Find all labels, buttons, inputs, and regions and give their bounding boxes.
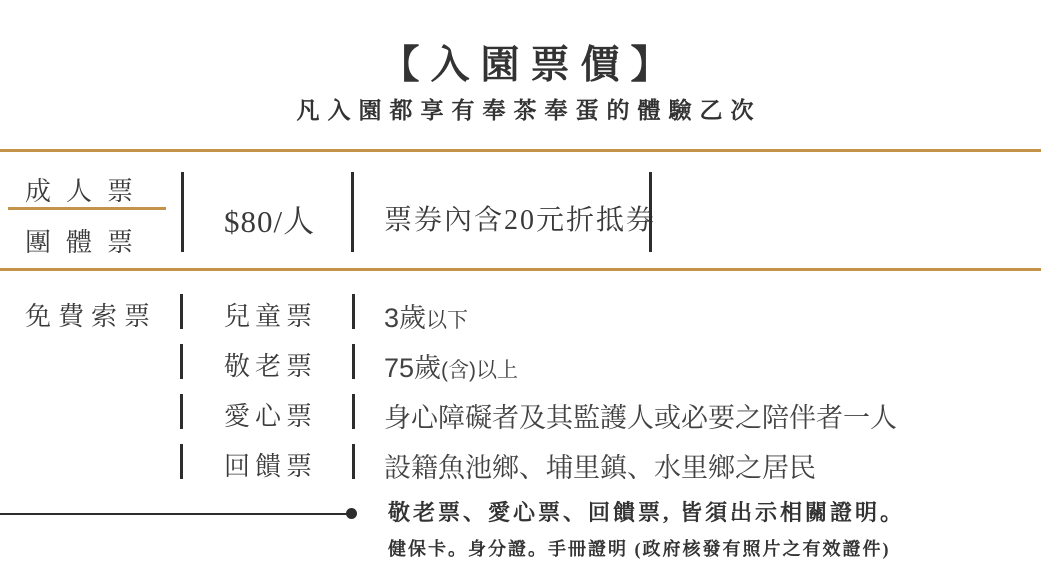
page-subtitle: 凡入園都享有奉茶奉蛋的體驗乙次 — [0, 92, 1050, 125]
price-value: $80/人 — [224, 196, 315, 241]
free-ticket-row: 敬老票 75歲(含)以上 — [0, 343, 1050, 381]
row-separator-bar — [352, 444, 355, 479]
row-separator-bar — [352, 344, 355, 379]
row-separator-bar — [352, 394, 355, 429]
row-separator-bar — [352, 294, 355, 329]
ticket-description-main: 身心障礙者及其監護人或必要之陪伴者一人 — [384, 403, 897, 433]
row-separator-bar — [180, 294, 183, 329]
group-ticket-label: 團體票 — [25, 222, 148, 259]
top-divider — [0, 149, 1041, 152]
price-note: 票券內含20元折抵券 — [384, 198, 656, 238]
footnote-line2: 健保卡。身分證。手冊證明 (政府核發有照片之有效證件) — [388, 535, 891, 561]
row-separator-bar — [180, 444, 183, 479]
footnote-rule — [0, 513, 347, 515]
column-separator-2 — [351, 172, 354, 252]
ticket-description-main: 75歲 — [384, 353, 441, 383]
adult-ticket-label: 成人票 — [25, 171, 148, 208]
row-separator-bar — [180, 394, 183, 429]
ticket-description-main: 3歲 — [384, 303, 426, 333]
column-separator-1 — [181, 172, 184, 252]
ticket-name: 敬老票 — [224, 346, 317, 383]
row-separator-bar — [180, 344, 183, 379]
ticket-description-sub: 以下 — [426, 309, 468, 332]
ticket-description-sub: (含)以上 — [441, 359, 518, 382]
footnote-line1: 敬老票、愛心票、回饋票, 皆須出示相關證明。 — [388, 496, 905, 527]
middle-divider — [0, 268, 1041, 271]
ticket-name: 兒童票 — [224, 296, 317, 333]
free-ticket-row: 回饋票 設籍魚池鄉、埔里鎮、水里鄉之居民 — [0, 443, 1050, 481]
ticket-description: 身心障礙者及其監護人或必要之陪伴者一人 — [384, 396, 897, 435]
ticket-description: 75歲(含)以上 — [384, 346, 518, 385]
page-title: 【入園票價】 — [0, 34, 1050, 90]
ticket-description: 設籍魚池鄉、埔里鎮、水里鄉之居民 — [384, 446, 816, 485]
free-ticket-row: 兒童票 3歲以下 — [0, 293, 1050, 331]
ticket-name: 回饋票 — [224, 446, 317, 483]
ticket-description: 3歲以下 — [384, 296, 468, 335]
adult-group-separator — [8, 207, 166, 210]
footnote-bullet-icon — [346, 508, 357, 519]
free-ticket-row: 愛心票 身心障礙者及其監護人或必要之陪伴者一人 — [0, 393, 1050, 431]
ticket-description-main: 設籍魚池鄉、埔里鎮、水里鄉之居民 — [384, 453, 816, 483]
ticket-name: 愛心票 — [224, 396, 317, 433]
column-separator-3 — [649, 172, 652, 252]
